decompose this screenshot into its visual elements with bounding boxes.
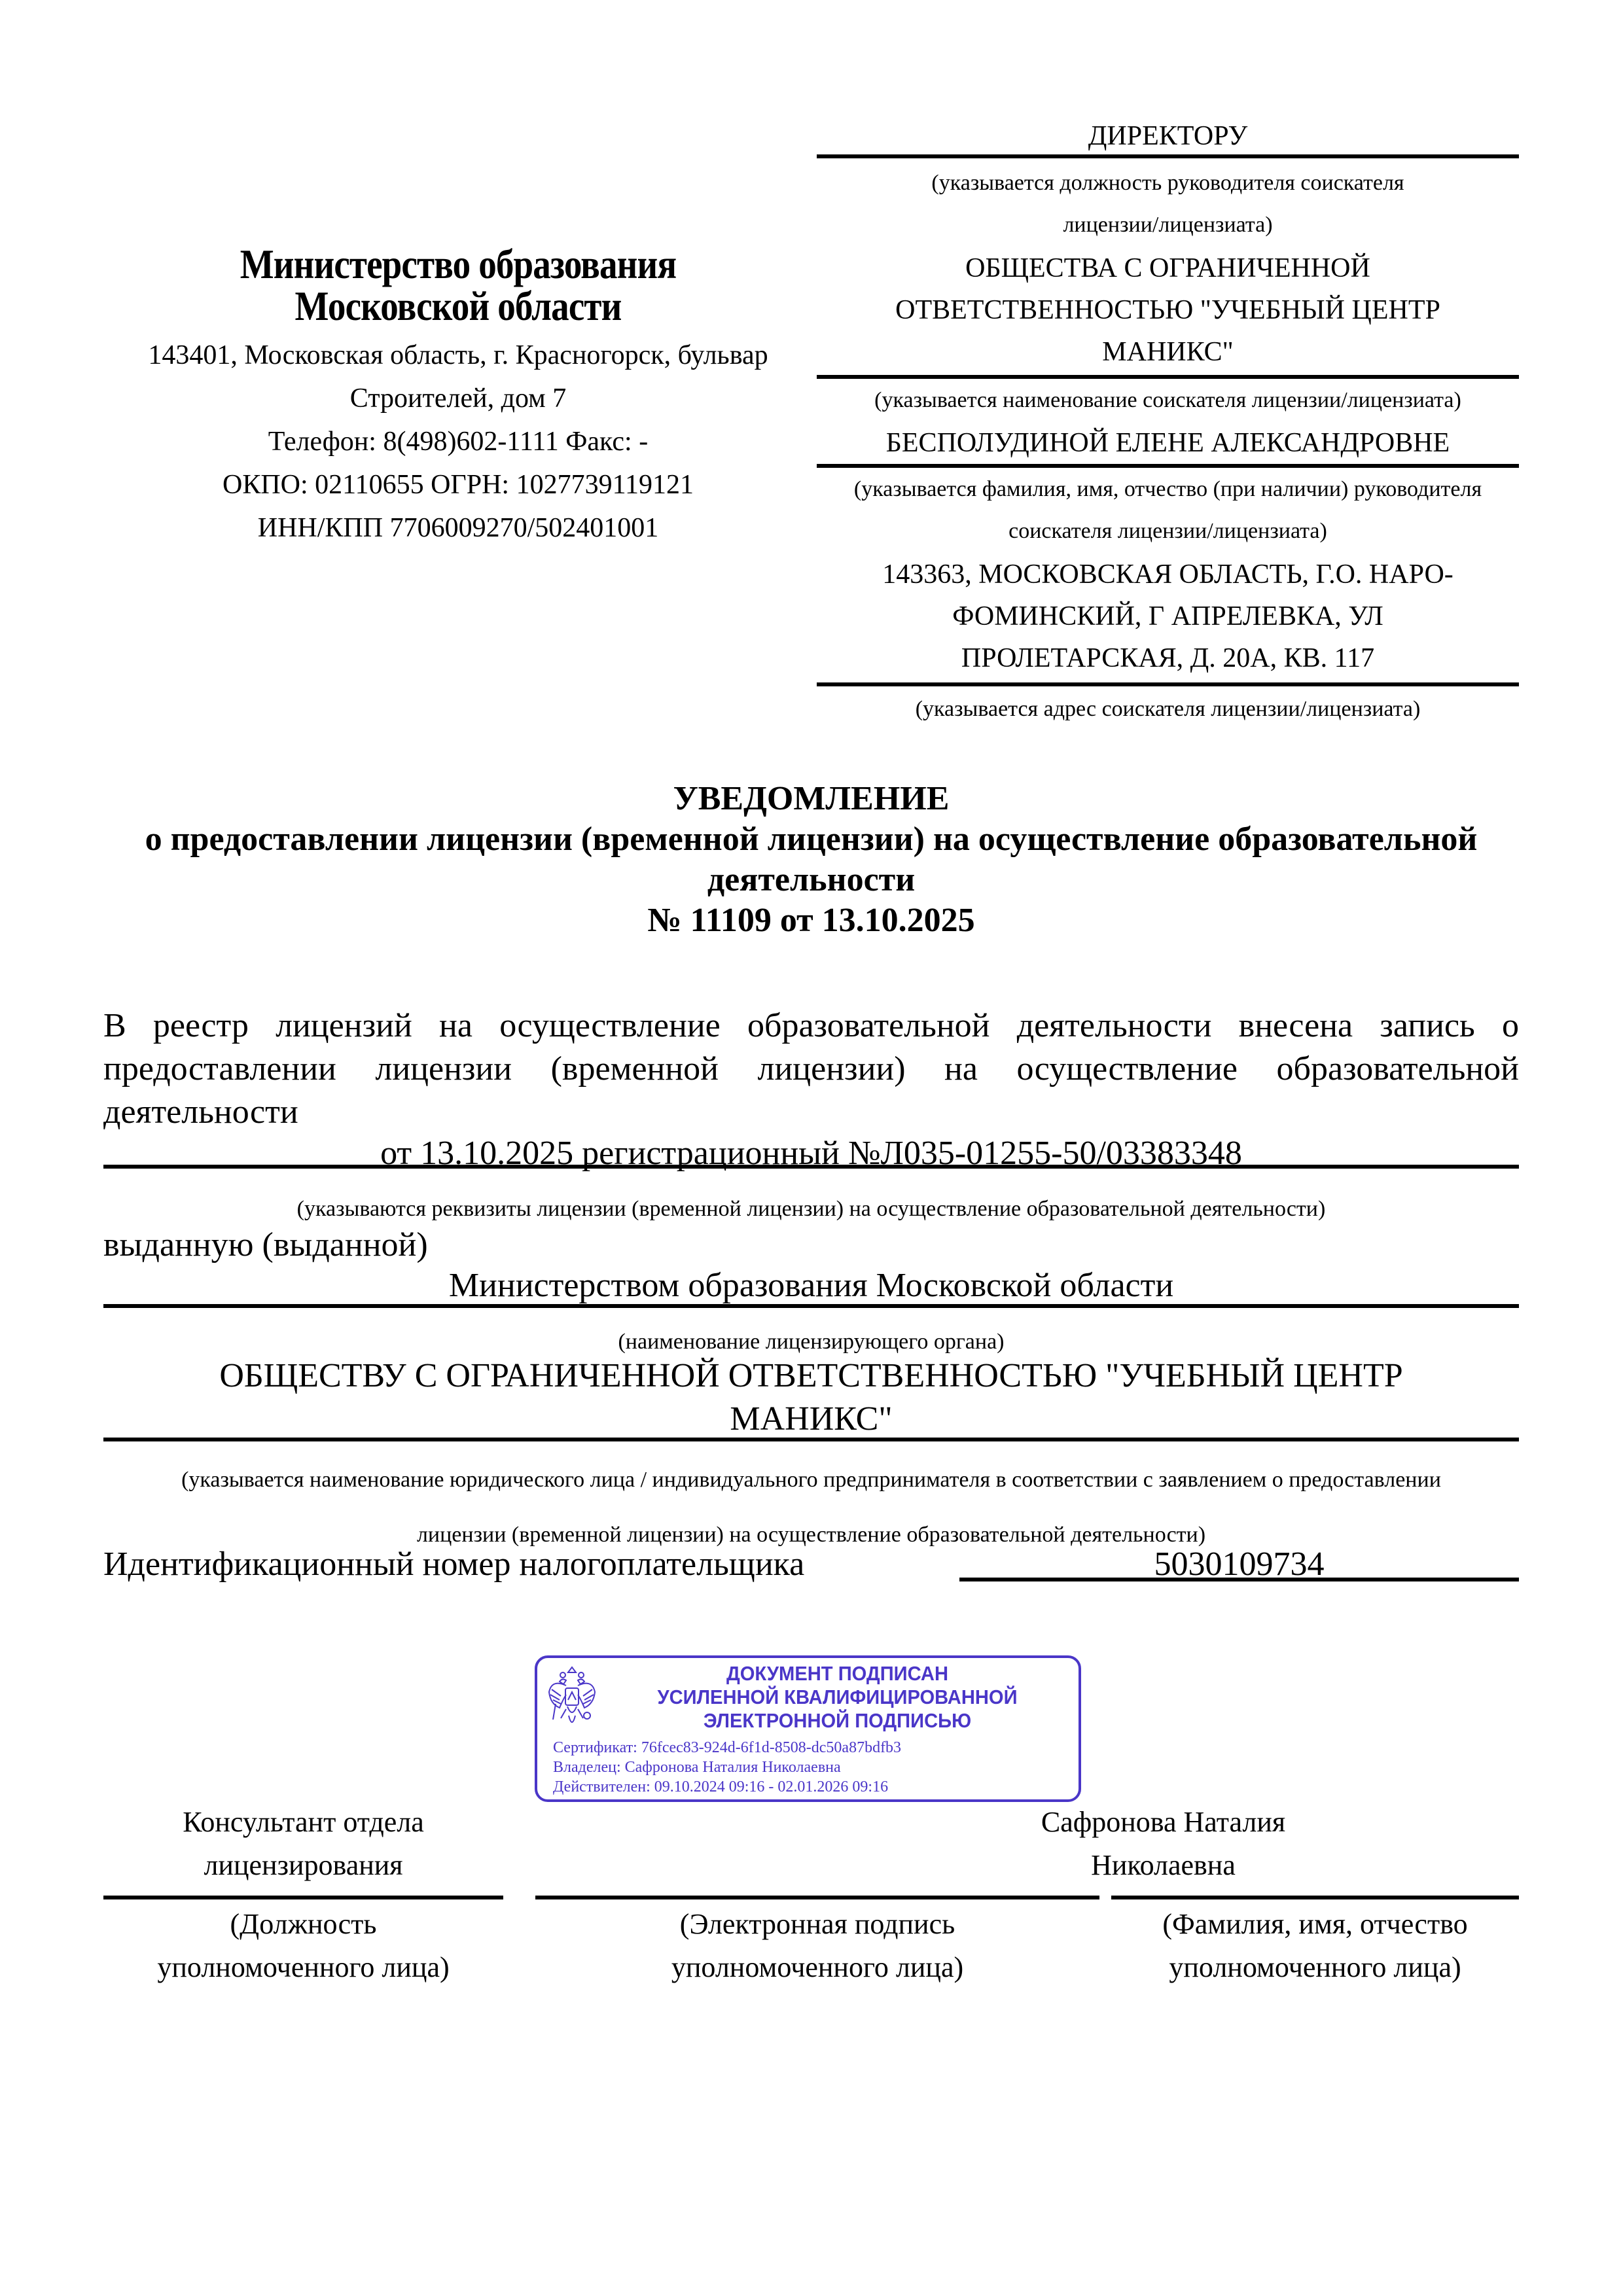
stamp-certificate: Сертификат: 76fcec83-924d-6f1d-8508-dc50… bbox=[553, 1738, 901, 1757]
inn-label: Идентификационный номер налогоплательщик… bbox=[103, 1543, 804, 1586]
license-details: от 13.10.2025 регистрационный №Л035-0125… bbox=[103, 1132, 1519, 1175]
position-signature-line bbox=[103, 1896, 503, 1899]
notice-heading: УВЕДОМЛЕНИЕ bbox=[103, 779, 1519, 819]
note-line: соискателя лицензии/лицензиата) bbox=[817, 510, 1519, 552]
ministry-phone: Телефон: 8(498)602-1111 Факс: - bbox=[105, 420, 811, 463]
name-signature-line bbox=[1111, 1896, 1519, 1899]
divider bbox=[817, 464, 1519, 468]
divider bbox=[103, 1438, 1519, 1441]
divider bbox=[817, 375, 1519, 379]
licensing-body: Министерством образования Московской обл… bbox=[103, 1264, 1519, 1307]
notice-subtitle: о предоставлении лицензии (временной лиц… bbox=[103, 819, 1519, 860]
addressee-position: ДИРЕКТОРУ bbox=[817, 115, 1519, 157]
ministry-address-line: 143401, Московская область, г. Красногор… bbox=[105, 334, 811, 377]
position-caption: (Должность уполномоченного лица) bbox=[103, 1903, 503, 1989]
addressee-head-name: БЕСПОЛУДИНОЙ ЕЛЕНЕ АЛЕКСАНДРОВНЕ bbox=[817, 422, 1519, 464]
ministry-name: Министерство образования Московской обла… bbox=[154, 243, 762, 327]
stamp-heading: ДОКУМЕНТ ПОДПИСАН УСИЛЕННОЙ КВАЛИФИЦИРОВ… bbox=[617, 1662, 1058, 1733]
ministry-codes: ОКПО: 02110655 ОГРН: 1027739119121 bbox=[105, 463, 811, 506]
ministry-inn-kpp: ИНН/КПП 7706009270/502401001 bbox=[105, 506, 811, 550]
addressee-address: 143363, МОСКОВСКАЯ ОБЛАСТЬ, Г.О. НАРО- Ф… bbox=[817, 554, 1519, 679]
addressee-position-note: (указывается должность руководителя соис… bbox=[817, 162, 1519, 246]
licensee-line: ОБЩЕСТВУ С ОГРАНИЧЕННОЙ ОТВЕТСТВЕННОСТЬЮ… bbox=[103, 1354, 1519, 1398]
intro-line: В реестр лицензий на осуществление образ… bbox=[103, 1004, 1519, 1048]
caption-line: (Должность bbox=[103, 1903, 503, 1946]
notice-title: УВЕДОМЛЕНИЕ о предоставлении лицензии (в… bbox=[103, 779, 1519, 941]
signer-position-line: Консультант отдела bbox=[103, 1801, 503, 1844]
signer-position-line: лицензирования bbox=[103, 1844, 503, 1887]
signer-position: Консультант отдела лицензирования bbox=[103, 1801, 503, 1887]
address-line: ПРОЛЕТАРСКАЯ, Д. 20А, КВ. 117 bbox=[817, 637, 1519, 679]
note-line: лицензии/лицензиата) bbox=[817, 204, 1519, 246]
stamp-heading-line: ДОКУМЕНТ ПОДПИСАН bbox=[617, 1662, 1058, 1686]
caption-line: уполномоченного лица) bbox=[103, 1946, 503, 1989]
ministry-address-line: Строителей, дом 7 bbox=[105, 377, 811, 420]
notice-subtitle: деятельности bbox=[103, 860, 1519, 900]
ministry-name-line: Министерство образования bbox=[154, 243, 762, 285]
organization-line: МАНИКС" bbox=[817, 331, 1519, 373]
intro-paragraph: В реестр лицензий на осуществление образ… bbox=[103, 1004, 1519, 1134]
divider bbox=[103, 1304, 1519, 1308]
divider bbox=[817, 154, 1519, 158]
address-line: 143363, МОСКОВСКАЯ ОБЛАСТЬ, Г.О. НАРО- bbox=[817, 554, 1519, 595]
stamp-heading-line: УСИЛЕННОЙ КВАЛИФИЦИРОВАННОЙ bbox=[617, 1686, 1058, 1709]
caption-line: (Электронная подпись bbox=[535, 1903, 1099, 1946]
note-line: (указывается фамилия, имя, отчество (при… bbox=[817, 468, 1519, 510]
caption-line: уполномоченного лица) bbox=[1111, 1946, 1519, 1989]
ministry-name-line: Московской области bbox=[154, 285, 762, 327]
stamp-heading-line: ЭЛЕКТРОННОЙ ПОДПИСЬЮ bbox=[617, 1709, 1058, 1733]
addressee-address-note: (указывается адрес соискателя лицензии/л… bbox=[817, 688, 1519, 730]
addressee-organization: ОБЩЕСТВА С ОГРАНИЧЕННОЙ ОТВЕТСТВЕННОСТЬЮ… bbox=[817, 247, 1519, 373]
caption-line: (Фамилия, имя, отчество bbox=[1111, 1903, 1519, 1946]
note-line: (указывается наименование юридического л… bbox=[103, 1453, 1519, 1508]
ministry-details: 143401, Московская область, г. Красногор… bbox=[105, 334, 811, 550]
divider bbox=[103, 1165, 1519, 1169]
address-line: ФОМИНСКИЙ, Г АПРЕЛЕВКА, УЛ bbox=[817, 595, 1519, 637]
notice-number: № 11109 от 13.10.2025 bbox=[103, 900, 1519, 941]
signer-name-line: Николаевна bbox=[808, 1844, 1519, 1887]
stamp-owner: Владелец: Сафронова Наталия Николаевна bbox=[553, 1757, 841, 1777]
signer-name-line: Сафронова Наталия bbox=[808, 1801, 1519, 1844]
licensee-line: МАНИКС" bbox=[103, 1398, 1519, 1441]
stamp-validity: Действителен: 09.10.2024 09:16 - 02.01.2… bbox=[553, 1777, 888, 1797]
divider bbox=[817, 682, 1519, 686]
issued-label: выданную (выданной) bbox=[103, 1224, 428, 1267]
note-line: (указывается должность руководителя соис… bbox=[817, 162, 1519, 204]
license-details-note: (указываются реквизиты лицензии (временн… bbox=[103, 1191, 1519, 1227]
organization-line: ОТВЕТСТВЕННОСТЬЮ "УЧЕБНЫЙ ЦЕНТР bbox=[817, 289, 1519, 331]
organization-line: ОБЩЕСТВА С ОГРАНИЧЕННОЙ bbox=[817, 247, 1519, 289]
e-signature-stamp: ДОКУМЕНТ ПОДПИСАН УСИЛЕННОЙ КВАЛИФИЦИРОВ… bbox=[535, 1655, 1081, 1802]
caption-line: уполномоченного лица) bbox=[535, 1946, 1099, 1989]
signer-name: Сафронова Наталия Николаевна bbox=[808, 1801, 1519, 1887]
divider bbox=[959, 1578, 1519, 1581]
coat-of-arms-icon bbox=[546, 1666, 597, 1739]
signature-line bbox=[535, 1896, 1099, 1899]
intro-line: деятельности bbox=[103, 1091, 1519, 1134]
intro-line: предоставлении лицензии (временной лицен… bbox=[103, 1048, 1519, 1091]
licensee-name: ОБЩЕСТВУ С ОГРАНИЧЕННОЙ ОТВЕТСТВЕННОСТЬЮ… bbox=[103, 1354, 1519, 1441]
name-caption: (Фамилия, имя, отчество уполномоченного … bbox=[1111, 1903, 1519, 1989]
signature-caption: (Электронная подпись уполномоченного лиц… bbox=[535, 1903, 1099, 1989]
addressee-organization-note: (указывается наименование соискателя лиц… bbox=[817, 380, 1519, 421]
addressee-head-note: (указывается фамилия, имя, отчество (при… bbox=[817, 468, 1519, 552]
